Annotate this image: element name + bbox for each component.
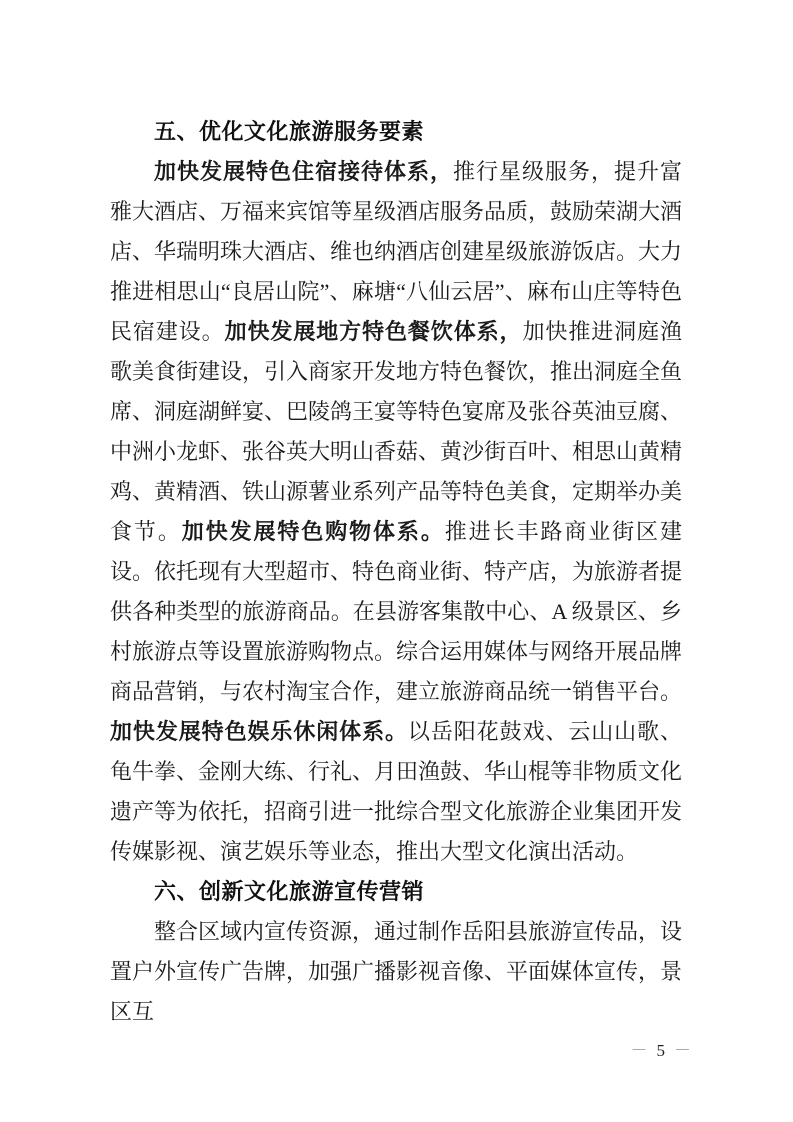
section-6-paragraph: 整合区域内宣传资源，通过制作岳阳县旅游宣传品，设置户外宣传广告牌，加强广播影视音… xyxy=(110,912,682,1032)
text-run-shopping-detail: 推进长丰路商业街区建设。依托现有大型超市、特色商业街、特产店，为旅游者提供各种类… xyxy=(110,519,682,704)
bold-lead-shopping-system: 加快发展特色购物体系。 xyxy=(182,519,445,544)
page-number-dash-left: － xyxy=(629,1041,650,1060)
page-number: 5 xyxy=(650,1041,673,1060)
section-6-heading: 六、创新文化旅游宣传营销 xyxy=(110,872,682,912)
text-run-catering-detail: 加快推进洞庭渔歌美食街建设，引入商家开发地方特色餐饮，推出洞庭全鱼席、洞庭湖鲜宴… xyxy=(110,319,682,544)
text-run-accommodation-detail: 推行星级服务，提升富雅大酒店、万福来宾馆等星级酒店服务品质，鼓励荣湖大酒店、华瑞… xyxy=(110,159,682,344)
bold-lead-entertainment-system: 加快发展特色娱乐休闲体系。 xyxy=(110,719,408,744)
text-run-promotion-detail: 整合区域内宣传资源，通过制作岳阳县旅游宣传品，设置户外宣传广告牌，加强广播影视音… xyxy=(110,919,682,1024)
section-5-heading: 五、优化文化旅游服务要素 xyxy=(110,112,682,152)
document-content: 五、优化文化旅游服务要素 加快发展特色住宿接待体系，推行星级服务，提升富雅大酒店… xyxy=(110,112,682,1032)
page-footer: －5－ xyxy=(629,1038,694,1064)
bold-lead-catering-system: 加快发展地方特色餐饮体系， xyxy=(225,319,523,344)
document-page: 五、优化文化旅游服务要素 加快发展特色住宿接待体系，推行星级服务，提升富雅大酒店… xyxy=(0,0,793,1122)
page-number-dash-right: － xyxy=(672,1041,693,1060)
section-5-paragraph: 加快发展特色住宿接待体系，推行星级服务，提升富雅大酒店、万福来宾馆等星级酒店服务… xyxy=(110,152,682,872)
bold-lead-accommodation-system: 加快发展特色住宿接待体系， xyxy=(154,159,453,184)
